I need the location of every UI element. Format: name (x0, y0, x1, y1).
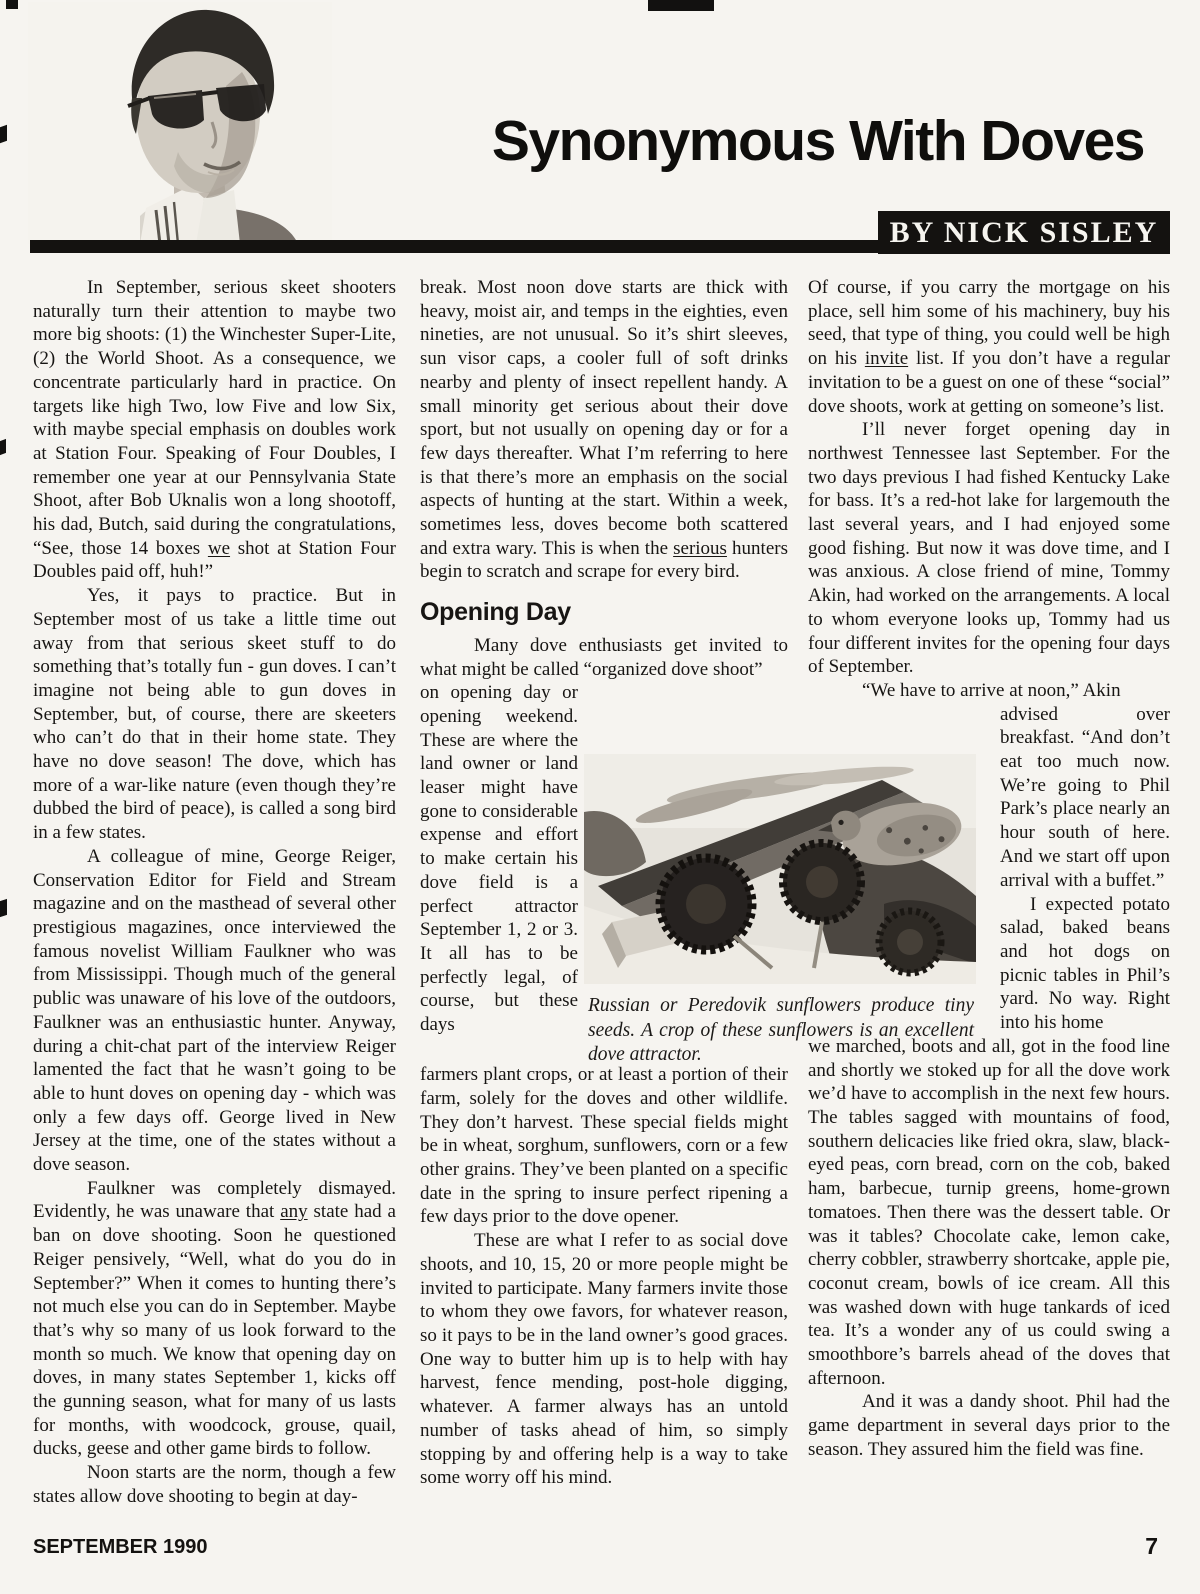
paragraph: farmers plant crops, or at least a porti… (420, 1063, 788, 1229)
doves-and-sunflowers-photo (584, 754, 976, 984)
paragraph: we marched, boots and all, got in the fo… (808, 1035, 1170, 1391)
issue-date: SEPTEMBER 1990 (33, 1536, 208, 1559)
paragraph: I’ll never forget opening day in northwe… (808, 418, 1170, 679)
photo-caption: Russian or Peredovik sunflowers produce … (588, 994, 974, 1068)
paragraph: Many dove enthusiasts get invited to wha… (420, 634, 788, 681)
scan-artifact (0, 899, 7, 917)
underlined-word: invite (865, 348, 908, 369)
paragraph: Noon starts are the norm, though a few s… (33, 1461, 396, 1508)
paragraph: I expected potato salad, baked beans and… (1000, 893, 1170, 1035)
text-column-1: In September, serious skeet shooters nat… (33, 276, 396, 1509)
doves-sunflowers-figure: Russian or Peredovik sunflowers produce … (584, 754, 976, 1068)
scan-artifact (6, 0, 18, 9)
scan-artifact (0, 125, 7, 144)
underlined-word: we (208, 538, 230, 559)
paragraph: And it was a dandy shoot. Phil had the g… (808, 1390, 1170, 1461)
underlined-word: serious (673, 538, 727, 559)
article-title: Synonymous With Doves (492, 108, 1144, 174)
paragraph: Of course, if you carry the mortgage on … (808, 276, 1170, 418)
paragraph: Yes, it pays to practice. But in Septemb… (33, 584, 396, 845)
byline-text: BY NICK SISLEY (890, 216, 1159, 250)
magazine-page: Synonymous With Doves BY NICK SISLEY In … (0, 0, 1200, 1594)
paragraph: A colleague of mine, George Reiger, Cons… (33, 845, 396, 1177)
page-number: 7 (1145, 1533, 1158, 1560)
section-heading: Opening Day (420, 601, 788, 625)
scan-artifact (0, 439, 6, 455)
paragraph: “We have to arrive at noon,” Akin (808, 679, 1170, 703)
paragraph: break. Most noon dove starts are thick w… (420, 276, 788, 584)
paragraph: advised over breakfast. “And don’t eat t… (1000, 703, 1170, 893)
paragraph: on opening day or opening weekend. These… (420, 681, 578, 1063)
author-portrait-image (28, 2, 332, 244)
paragraph: In September, serious skeet shooters nat… (33, 276, 396, 584)
author-portrait-photo (28, 2, 332, 244)
scan-artifact (648, 0, 714, 11)
underlined-word: any (280, 1201, 307, 1222)
paragraph: These are what I refer to as social dove… (420, 1229, 788, 1490)
paragraph: Faulkner was completely dismayed. Eviden… (33, 1177, 396, 1461)
byline-banner: BY NICK SISLEY (878, 211, 1170, 254)
